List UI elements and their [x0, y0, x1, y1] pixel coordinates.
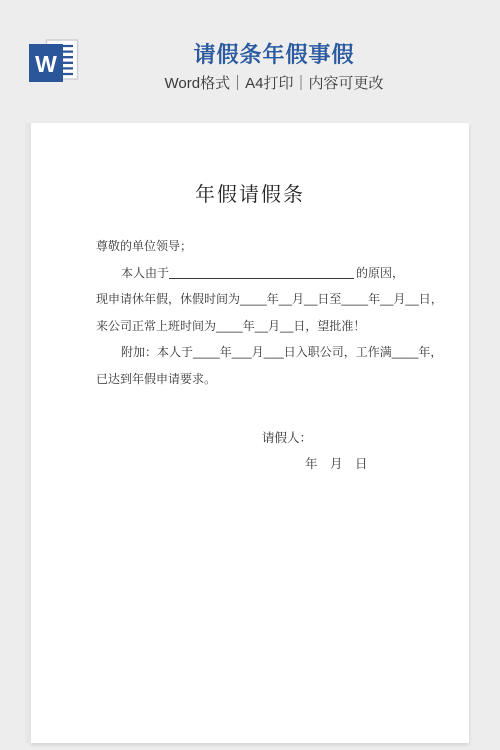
eligibility-line: 已达到年假申请要求。	[96, 366, 404, 393]
addendum-line: 附加：本人于____年___月___日入职公司，工作满____年，	[96, 339, 404, 366]
blank-underline	[169, 260, 356, 287]
word-icon-letter: W	[35, 51, 57, 77]
word-logo-graphic: W	[29, 39, 79, 86]
header: W 请假条年假事假 Word格式｜A4打印｜内容可更改	[0, 0, 500, 123]
signature-label: 请假人：	[262, 425, 404, 451]
paragraph-indent	[96, 260, 121, 287]
return-date-line: 来公司正常上班时间为____年__月__日，望批准！	[96, 313, 404, 340]
document-title: 年假请假条	[96, 123, 404, 207]
reason-prefix: 本人由于	[121, 260, 169, 287]
document-body: 尊敬的单位领导； 本人由于 的原因， 现申请休年假，休假时间为____年__月_…	[96, 233, 404, 392]
template-preview-screen: W 请假条年假事假 Word格式｜A4打印｜内容可更改 年假请假条 尊敬的单位领…	[0, 0, 500, 750]
leave-dates-line: 现申请休年假，休假时间为____年__月__日至____年__月__日，	[96, 286, 404, 313]
document-page: 年假请假条 尊敬的单位领导； 本人由于 的原因， 现申请休年假，休假时间为___…	[31, 123, 469, 743]
page-title: 请假条年假事假	[48, 42, 500, 68]
page-subtitle: Word格式｜A4打印｜内容可更改	[48, 74, 500, 94]
signature-block: 请假人： 年 月 日	[96, 425, 404, 477]
reason-line: 本人由于 的原因，	[96, 260, 404, 287]
signature-date: 年 月 日	[305, 451, 404, 477]
reason-suffix: 的原因，	[356, 260, 404, 287]
word-icon: W	[29, 39, 79, 86]
salutation-line: 尊敬的单位领导；	[96, 233, 404, 260]
